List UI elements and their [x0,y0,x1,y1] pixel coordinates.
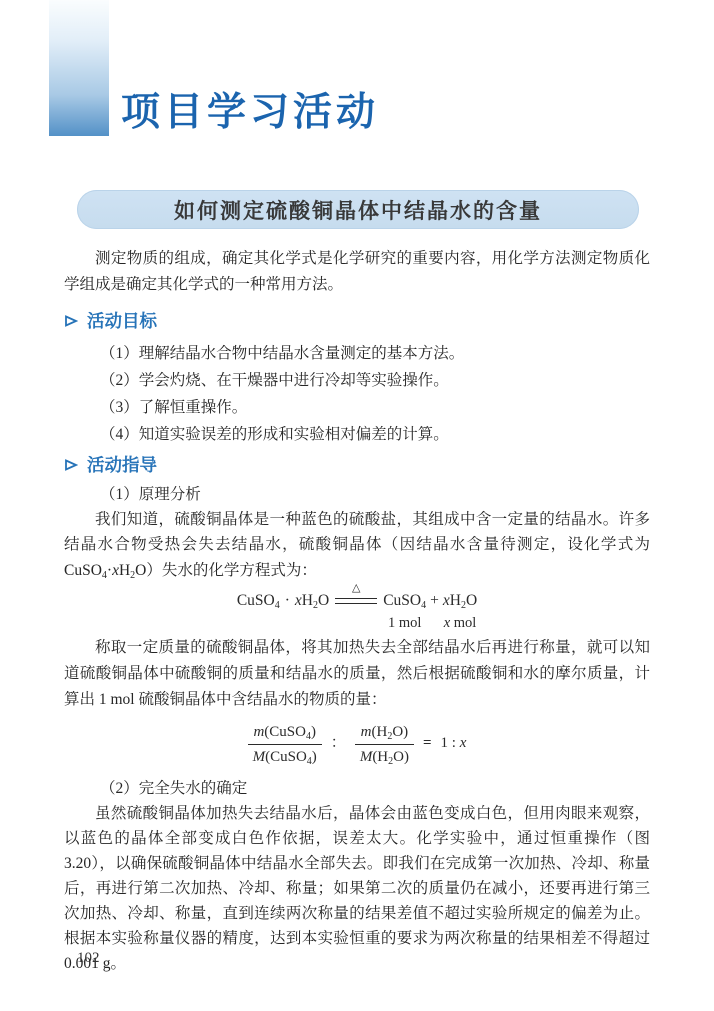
principle-paragraph: 我们知道，硫酸铜晶体是一种蓝色的硫酸盐，其组成中含一定量的结晶水。许多结晶水合物… [64,507,650,584]
chem-h2o: H [119,562,130,579]
section-arrow-icon [64,458,78,472]
chem-h2o-o: O [135,562,146,579]
page-content: 测定物质的组成，确定其化学式是化学研究的重要内容，用化学方法测定物质化学组成是确… [64,246,650,976]
chem-cuso4-subscript: 4 [275,600,280,611]
guidance-heading-label: 活动指导 [87,454,157,476]
equation-plus: + [430,589,439,613]
chem-dot: · [280,592,295,609]
mass-variable: m [253,724,264,740]
goal-item-3: （3）了解恒重操作。 [64,394,650,421]
chem-cuso4: CuSO [237,592,275,609]
equation-reactant: CuSO4·xH2O [237,589,329,613]
principle-text-pre: 我们知道，硫酸铜晶体是一种蓝色的硫酸盐，其组成中含一定量的结晶水。许多结晶水合物… [64,511,650,554]
fraction-arg-close: O) [393,749,409,765]
principle-text-post: ）失水的化学方程式为： [146,562,317,579]
equation-heat-sign: △ [333,589,379,613]
dehydration-equation: CuSO4·xH2O △ CuSO4 1 mol + xH2O x mol [64,589,650,633]
chem-cuso4: CuSO [383,592,421,609]
goals-section-heading: 活动目标 [64,310,650,332]
subsection-title-principle: （1）原理分析 [64,482,650,507]
ratio-colon: ： [331,731,346,757]
plus-sign: + [430,589,439,613]
chem-x-variable: x [295,592,302,609]
molar-mass-variable: M [360,749,373,765]
guidance-section-heading: 活动指导 [64,454,650,476]
equation-product-cuso4: CuSO4 1 mol [383,589,426,633]
goal-item-2: （2）学会灼烧、在干燥器中进行冷却等实验操作。 [64,367,650,394]
double-equals-line [335,598,377,604]
fraction-arg-close: ) [312,749,317,765]
page-title: 项目学习活动 [121,90,379,136]
chem-cuso4: CuSO [64,562,102,579]
textbook-page: 项目学习活动 如何测定硫酸铜晶体中结晶水的含量 测定物质的组成，确定其化学式是化… [0,0,714,1011]
page-number: 102 [77,950,100,967]
fraction-arg: (CuSO [265,749,307,765]
chem-x-variable: x [443,592,450,609]
inline-chem-formula: CuSO4·xH2O [64,562,146,579]
mole-label-right: x mol [444,613,477,633]
fraction-arg: (CuSO [264,724,306,740]
fraction-arg-close: O) [392,724,408,740]
fraction-arg-close: ) [311,724,316,740]
chem-h2o-o: O [466,592,477,609]
molar-mass-variable: M [253,749,266,765]
chem-x-variable: x [112,562,119,579]
chem-h2o: H [450,592,461,609]
goal-item-4: （4）知道实验误差的形成和实验相对偏差的计算。 [64,421,650,448]
equation-product-water: xH2O x mol [443,589,477,633]
subsection-title-dehydration: （2）完全失水的确定 [64,776,650,801]
ratio-formula: m(CuSO4) M(CuSO4) ： m(H2O) M(H2O) = 1 : … [64,718,650,770]
ratio-result: 1 : x [441,731,467,757]
chem-cuso4-subscript: 4 [421,600,426,611]
corner-decoration-band [49,0,109,136]
goals-heading-label: 活动目标 [87,310,157,332]
mole-label-left: 1 mol [388,613,421,633]
equals-sign: = [423,731,432,757]
intro-paragraph: 测定物质的组成，确定其化学式是化学研究的重要内容，用化学方法测定物质化学组成是确… [64,246,650,298]
fraction-arg: (H [372,749,388,765]
ratio-result-text: 1 : [441,735,460,751]
mass-variable: m [361,724,372,740]
mole-unit: mol [450,615,476,631]
chem-h2o-o: O [318,592,329,609]
section-arrow-icon [64,314,78,328]
constant-weight-paragraph: 虽然硫酸铜晶体加热失去结晶水后，晶体会由蓝色变成白色，但用肉眼来观察，以蓝色的晶… [64,801,650,976]
chem-h2o: H [302,592,313,609]
fraction-h2o: m(H2O) M(H2O) [355,722,414,767]
goals-list: （1）理解结晶水合物中结晶水含量测定的基本方法。 （2）学会灼烧、在干燥器中进行… [64,340,650,448]
weighing-paragraph: 称取一定质量的硫酸铜晶体，将其加热失去全部结晶水后再进行称量，就可以知道硫酸铜晶… [64,635,650,712]
fraction-cuso4: m(CuSO4) M(CuSO4) [248,722,322,767]
fraction-arg: (H [371,724,387,740]
chem-x-variable: x [460,735,467,751]
topic-banner: 如何测定硫酸铜晶体中结晶水的含量 [77,190,639,229]
goal-item-1: （1）理解结晶水合物中结晶水含量测定的基本方法。 [64,340,650,367]
topic-banner-title: 如何测定硫酸铜晶体中结晶水的含量 [174,195,542,225]
delta-heat-icon: △ [352,582,360,593]
